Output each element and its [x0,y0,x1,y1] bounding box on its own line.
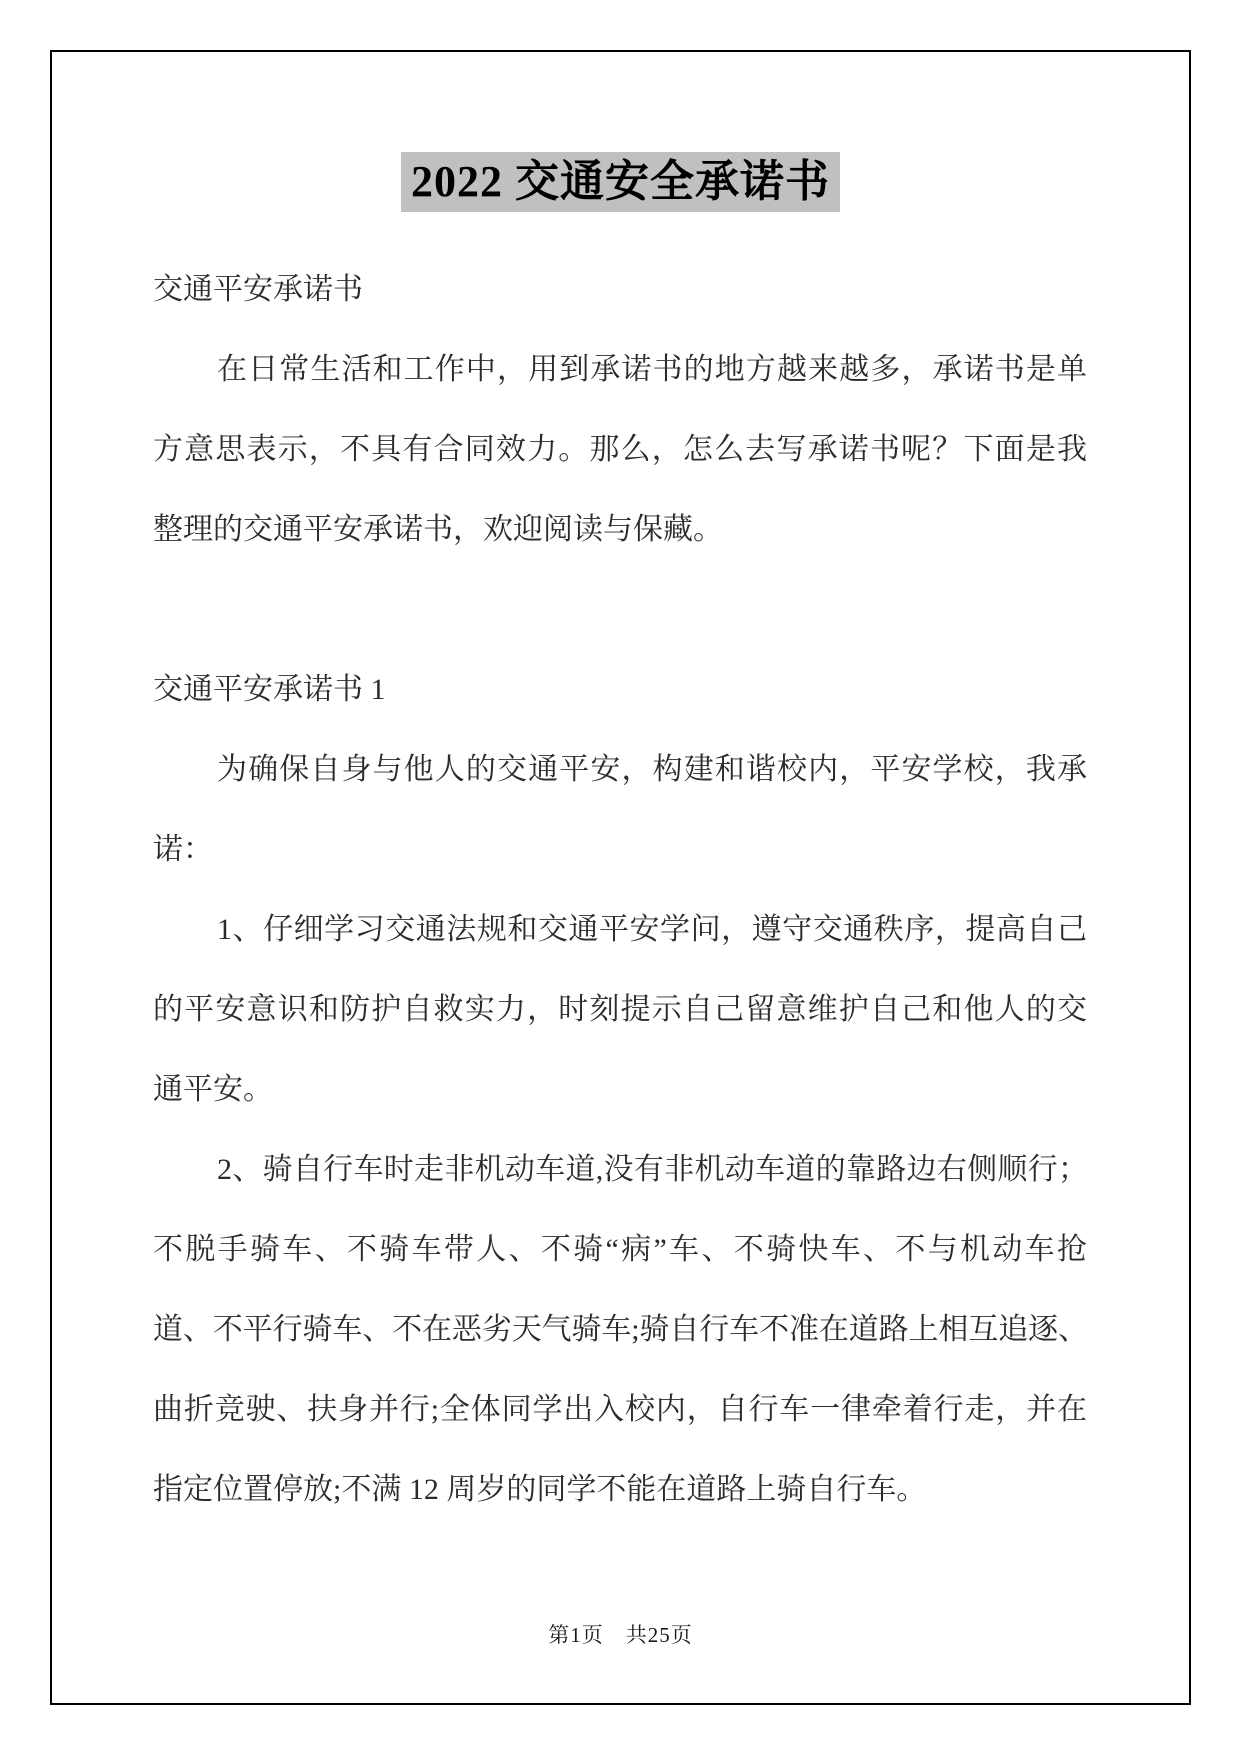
title-row: 2022 交通安全承诺书 [0,152,1241,212]
document-page: 2022 交通安全承诺书 交通平安承诺书 在日常生活和工作中，用到承诺书的地方越… [0,0,1241,1754]
blank-line [153,570,1087,650]
document-body: 交通平安承诺书 在日常生活和工作中，用到承诺书的地方越来越多，承诺书是单 方意思… [153,250,1087,1530]
text-line: 的平安意识和防护自救实力，时刻提示自己留意维护自己和他人的交 [153,970,1087,1050]
text-line: 在日常生活和工作中，用到承诺书的地方越来越多，承诺书是单 [153,330,1087,410]
text-line: 诺： [153,810,1087,890]
text-line: 道、不平行骑车、不在恶劣天气骑车;骑自行车不准在道路上相互追逐、 [153,1290,1087,1370]
text-line: 整理的交通平安承诺书，欢迎阅读与保藏。 [153,490,1087,570]
text-line: 2、骑自行车时走非机动车道,没有非机动车道的靠路边右侧顺行； [153,1130,1087,1210]
text-line: 交通平安承诺书 1 [153,650,1087,730]
text-line: 曲折竞驶、扶身并行;全体同学出入校内，自行车一律牵着行走，并在 [153,1370,1087,1450]
text-line: 不脱手骑车、不骑车带人、不骑“病”车、不骑快车、不与机动车抢 [153,1210,1087,1290]
page-footer: 第1页 共25页 [0,1615,1241,1655]
text-line: 方意思表示，不具有合同效力。那么，怎么去写承诺书呢？下面是我 [153,410,1087,490]
text-line: 指定位置停放;不满 12 周岁的同学不能在道路上骑自行车。 [153,1450,1087,1530]
text-line: 通平安。 [153,1050,1087,1130]
document-title: 2022 交通安全承诺书 [401,152,840,212]
text-line: 交通平安承诺书 [153,250,1087,330]
text-line: 1、仔细学习交通法规和交通平安学问，遵守交通秩序，提高自己 [153,890,1087,970]
text-line: 为确保自身与他人的交通平安，构建和谐校内，平安学校，我承 [153,730,1087,810]
